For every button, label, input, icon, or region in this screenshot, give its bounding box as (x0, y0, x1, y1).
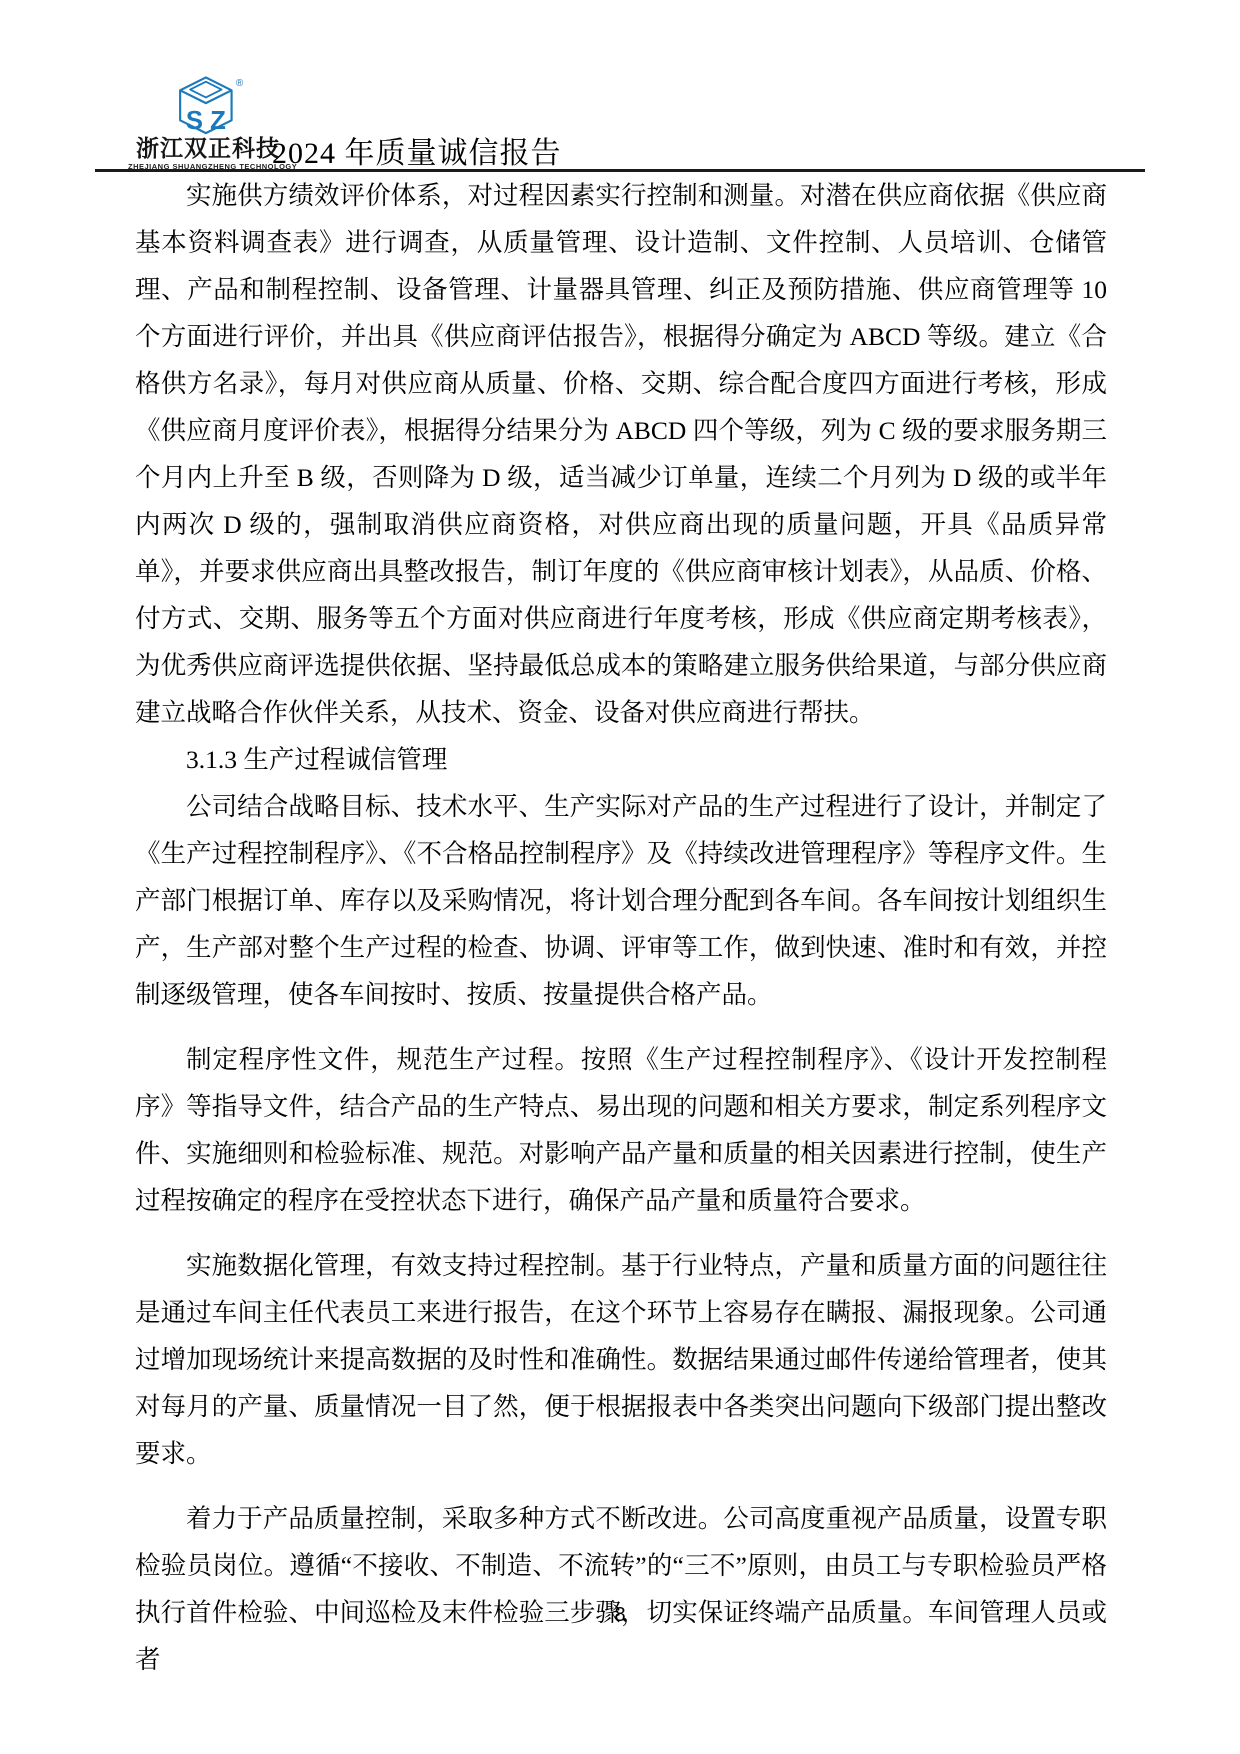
company-logo: S Z ® 浙江双正科技 ZHEJIANG SHUANGZHENG TECHNO… (128, 76, 288, 171)
body-paragraph: 着力于产品质量控制，采取多种方式不断改进。公司高度重视产品质量，设置专职检验员岗… (135, 1495, 1107, 1683)
body-paragraph: 实施供方绩效评价体系，对过程因素实行控制和测量。对潜在供应商依据《供应商基本资料… (135, 172, 1107, 736)
report-page: S Z ® 浙江双正科技 ZHEJIANG SHUANGZHENG TECHNO… (0, 0, 1240, 1754)
registered-mark-icon: ® (236, 78, 244, 89)
logo-letter-z: Z (210, 107, 226, 135)
section-heading: 3.1.3 生产过程诚信管理 (135, 736, 1107, 783)
document-body: 实施供方绩效评价体系，对过程因素实行控制和测量。对潜在供应商依据《供应商基本资料… (135, 172, 1107, 1683)
logo-letter-s: S (186, 107, 203, 135)
body-paragraph: 公司结合战略目标、技术水平、生产实际对产品的生产过程进行了设计，并制定了《生产过… (135, 783, 1107, 1018)
page-header: S Z ® 浙江双正科技 ZHEJIANG SHUANGZHENG TECHNO… (0, 0, 1240, 172)
page-number: 8 (0, 1604, 1240, 1627)
body-paragraph: 实施数据化管理，有效支持过程控制。基于行业特点，产量和质量方面的问题往往是通过车… (135, 1242, 1107, 1477)
report-title: 2024 年质量诚信报告 (272, 128, 562, 172)
body-paragraph: 制定程序性文件，规范生产过程。按照《生产过程控制程序》、《设计开发控制程序》等指… (135, 1036, 1107, 1224)
logo-cube-icon: S Z ® (165, 76, 251, 136)
company-name-cn: 浙江双正科技 (128, 137, 288, 160)
